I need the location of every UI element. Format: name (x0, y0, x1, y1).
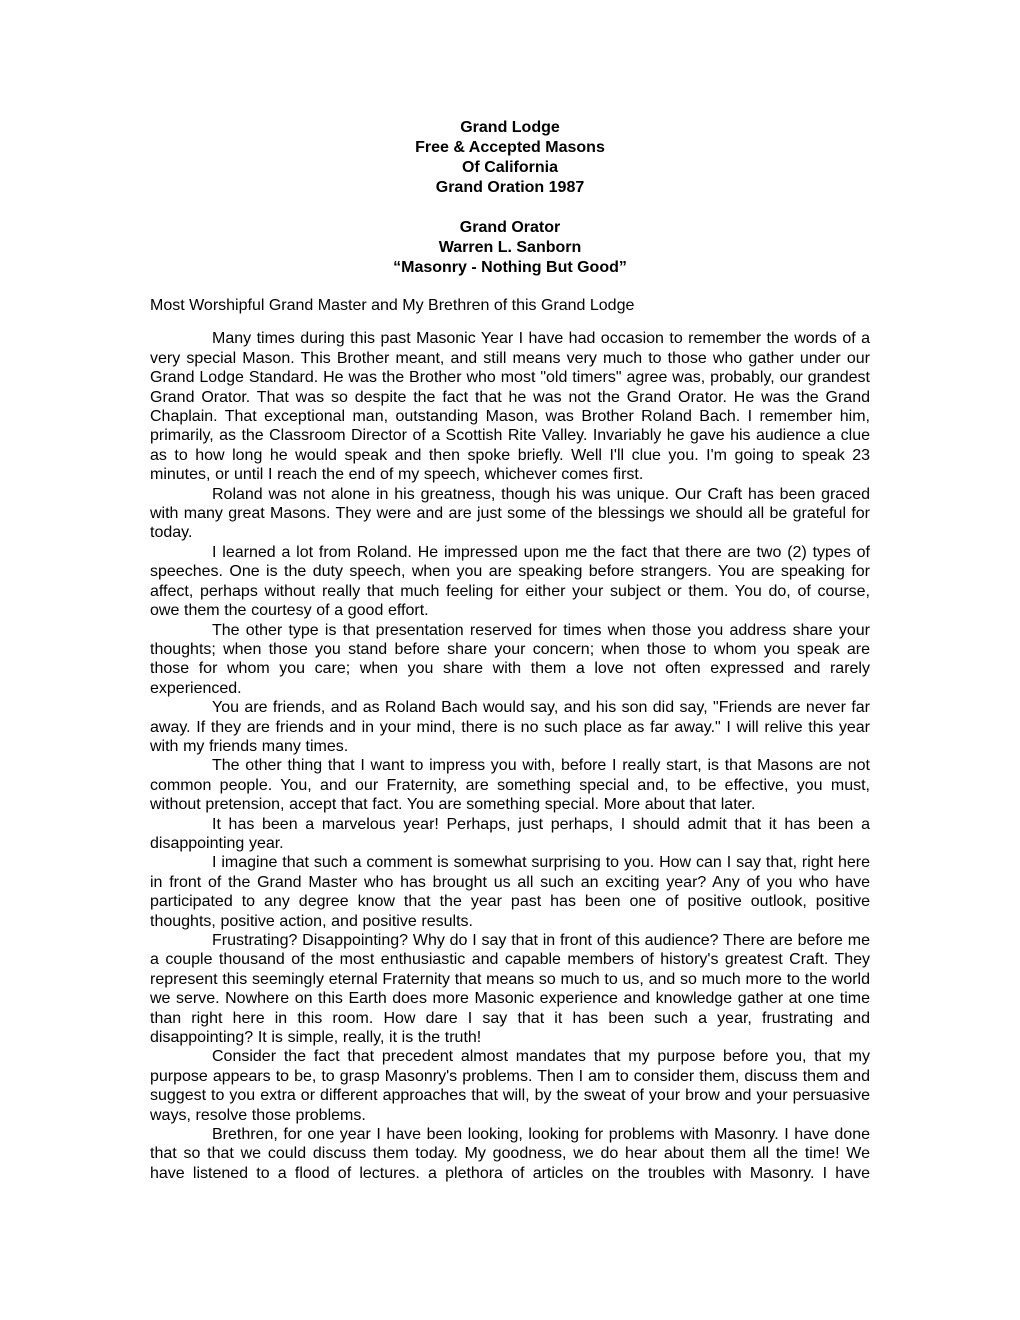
paragraph-4: The other type is that presentation rese… (150, 621, 870, 699)
title-line-fraternity: Free & Accepted Masons (150, 138, 870, 158)
subtitle-line-role: Grand Orator (150, 218, 870, 238)
subtitle-line-author: Warren L. Sanborn (150, 238, 870, 258)
paragraph-10: Consider the fact that precedent almost … (150, 1047, 870, 1125)
title-line-state: Of California (150, 158, 870, 178)
paragraph-3: I learned a lot from Roland. He impresse… (150, 543, 870, 621)
title-block-spacer (150, 198, 870, 218)
document-page: Grand Lodge Free & Accepted Masons Of Ca… (0, 0, 1020, 1320)
paragraph-11: Brethren, for one year I have been looki… (150, 1125, 870, 1183)
paragraph-1: Many times during this past Masonic Year… (150, 329, 870, 484)
title-block: Grand Lodge Free & Accepted Masons Of Ca… (150, 118, 870, 278)
paragraph-7: It has been a marvelous year! Perhaps, j… (150, 815, 870, 854)
paragraph-5: You are friends, and as Roland Bach woul… (150, 698, 870, 756)
paragraph-8: I imagine that such a comment is somewha… (150, 853, 870, 931)
paragraph-9: Frustrating? Disappointing? Why do I say… (150, 931, 870, 1047)
title-line-oration-year: Grand Oration 1987 (150, 178, 870, 198)
subtitle-line-speech-title: “Masonry - Nothing But Good” (150, 258, 870, 278)
paragraph-6: The other thing that I want to impress y… (150, 756, 870, 814)
title-line-org: Grand Lodge (150, 118, 870, 138)
paragraph-2: Roland was not alone in his greatness, t… (150, 485, 870, 543)
salutation: Most Worshipful Grand Master and My Bret… (150, 296, 870, 315)
